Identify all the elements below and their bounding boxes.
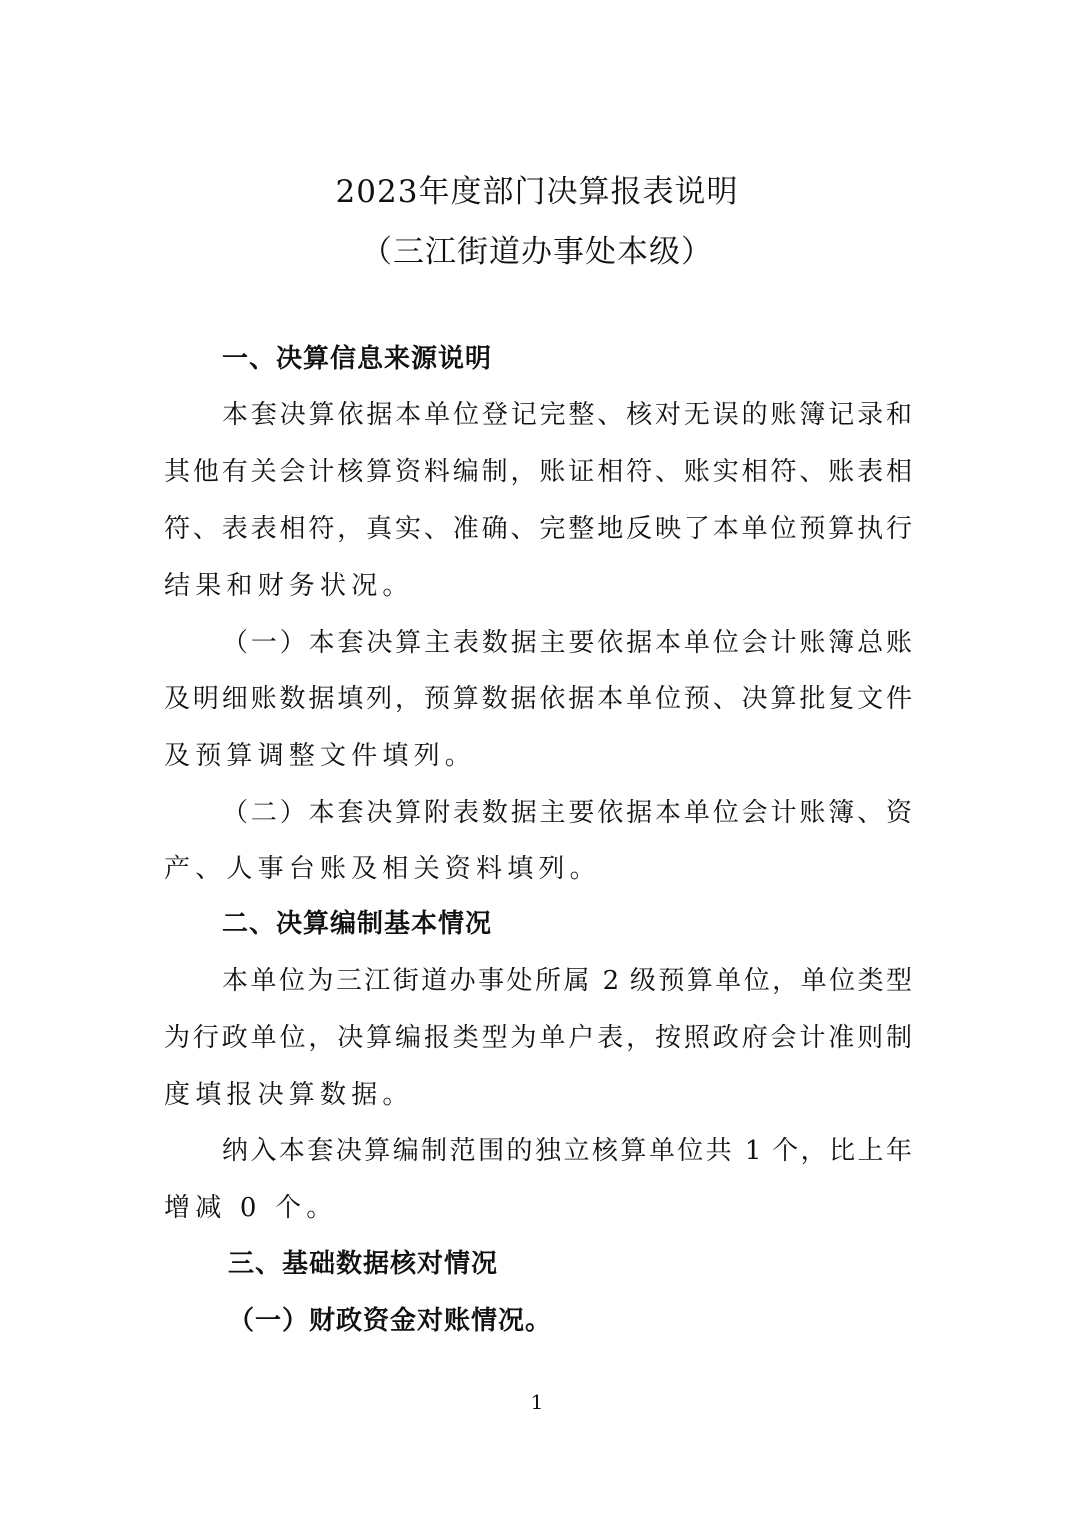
paragraph-line: 纳入本套决算编制范围的独立核算单位共 1 个，比上年 xyxy=(222,1130,912,1167)
section-heading-3: 三、基础数据核对情况 xyxy=(228,1243,976,1280)
paragraph-line: 度填报决算数据。 xyxy=(164,1074,912,1111)
paragraph-line: 结果和财务状况。 xyxy=(164,565,912,602)
paragraph-line: 增减 0 个。 xyxy=(164,1187,912,1224)
paragraph-line: 产、人事台账及相关资料填列。 xyxy=(164,848,912,885)
paragraph-line: 及明细账数据填列，预算数据依据本单位预、决算批复文件 xyxy=(164,678,912,715)
document-title: 2023年度部门决算报表说明 xyxy=(0,166,1074,211)
paragraph-line: （二）本套决算附表数据主要依据本单位会计账簿、资 xyxy=(222,792,912,829)
page-number: 1 xyxy=(0,1390,1074,1414)
paragraph-line: 本套决算依据本单位登记完整、核对无误的账簿记录和 xyxy=(222,394,912,431)
section-heading-2: 二、决算编制基本情况 xyxy=(222,903,970,940)
subsection-heading: （一）财政资金对账情况。 xyxy=(228,1300,976,1337)
paragraph-line: 为行政单位，决算编报类型为单户表，按照政府会计准则制 xyxy=(164,1017,912,1054)
paragraph-line: 符、表表相符，真实、准确、完整地反映了本单位预算执行 xyxy=(164,508,912,545)
paragraph-line: 其他有关会计核算资料编制，账证相符、账实相符、账表相 xyxy=(164,451,912,488)
document-subtitle: （三江街道办事处本级） xyxy=(0,226,1074,271)
paragraph-line: 及预算调整文件填列。 xyxy=(164,735,912,772)
section-heading-1: 一、决算信息来源说明 xyxy=(222,338,970,375)
paragraph-line: （一）本套决算主表数据主要依据本单位会计账簿总账 xyxy=(222,622,912,659)
paragraph-line: 本单位为三江街道办事处所属 2 级预算单位，单位类型 xyxy=(222,960,912,997)
